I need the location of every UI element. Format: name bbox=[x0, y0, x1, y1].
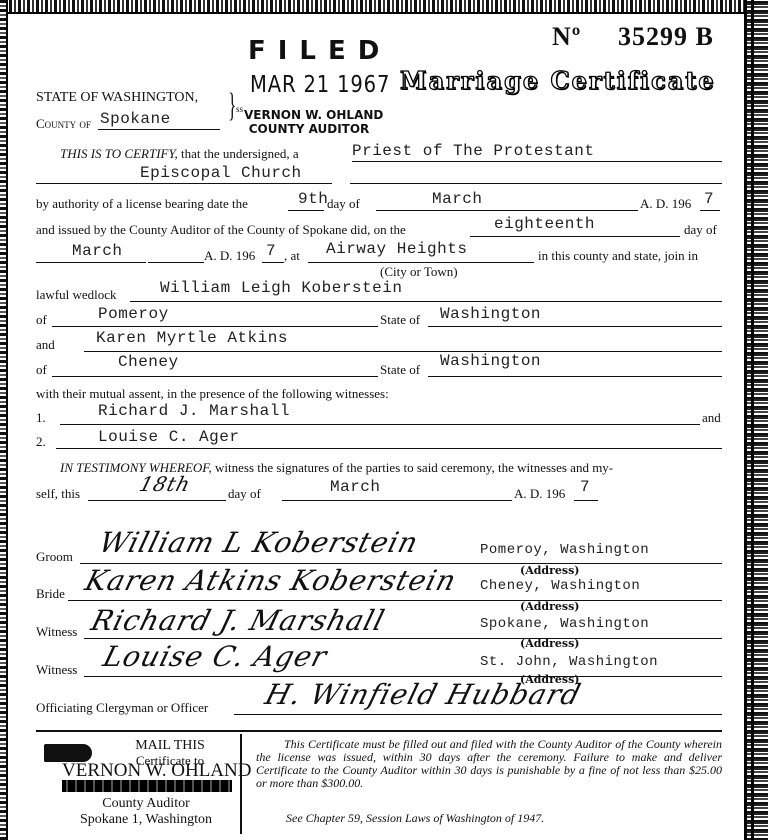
bride-and-label: and bbox=[36, 337, 55, 353]
ceremony-year-digit: 7 bbox=[266, 242, 276, 260]
witness1-number: 1. bbox=[36, 410, 46, 426]
ceremony-place: Airway Heights bbox=[326, 240, 467, 258]
license-day-underline bbox=[288, 210, 324, 211]
decorative-border-left bbox=[0, 0, 8, 840]
ceremony-ad-label: A. D. 196 bbox=[204, 248, 255, 264]
notice-text: This Certificate must be filled out and … bbox=[256, 738, 722, 790]
groom-state-of-label: State of bbox=[380, 312, 420, 328]
brace: } bbox=[228, 86, 236, 126]
signature-label: Groom bbox=[36, 549, 73, 565]
officiant-underline bbox=[234, 714, 722, 715]
officiant-line1-underline bbox=[352, 161, 722, 162]
bride-city-underline bbox=[52, 376, 378, 377]
issued-day-of: day of bbox=[684, 222, 717, 238]
ceremony-month-underline bbox=[36, 262, 146, 263]
state-label: STATE OF WASHINGTON, bbox=[36, 90, 198, 106]
county-label: County of bbox=[36, 116, 91, 132]
groom-state-underline bbox=[428, 326, 722, 327]
ceremony-place-underline bbox=[308, 262, 534, 263]
witness1-name: Richard J. Marshall bbox=[98, 402, 290, 420]
bride-state: Washington bbox=[440, 352, 541, 370]
groom-signature: William L Koberstein bbox=[96, 526, 423, 559]
license-day: 9th bbox=[298, 190, 328, 208]
ceremony-day-underline bbox=[470, 236, 680, 237]
ceremony-month-underline-2 bbox=[148, 262, 204, 263]
testimony-day-underline bbox=[88, 500, 226, 501]
officiant-line2-underline-left bbox=[36, 183, 332, 184]
decorative-border-top bbox=[0, 0, 768, 14]
bride-signature: Karen Atkins Koberstein bbox=[82, 564, 461, 597]
license-year-digit: 7 bbox=[704, 190, 714, 208]
witness2-signature: Louise C. Ager bbox=[100, 640, 331, 673]
county-state-label: in this county and state, join in bbox=[538, 248, 698, 264]
mail-line1: MAIL THIS bbox=[110, 738, 230, 754]
issued-label: and issued by the County Auditor of the … bbox=[36, 222, 406, 238]
address-caption: (Address) bbox=[520, 637, 580, 650]
testimony-month-underline bbox=[282, 500, 512, 501]
witness2-number: 2. bbox=[36, 434, 46, 450]
filed-stamp-label: FILED bbox=[248, 36, 391, 66]
certificate-number: 35299 B bbox=[618, 22, 714, 52]
decorative-border-right bbox=[744, 0, 768, 840]
bride-state-of-label: State of bbox=[380, 362, 420, 378]
bottom-vertical-divider bbox=[240, 734, 242, 834]
ss-mark: ss bbox=[236, 104, 243, 114]
county-underline bbox=[98, 129, 220, 130]
testimony-year-digit: 7 bbox=[580, 478, 590, 496]
testimony-text: witness the signatures of the parties to… bbox=[215, 460, 613, 475]
certificate-number-label: Nº bbox=[552, 22, 581, 52]
groom-city-underline bbox=[52, 326, 378, 327]
groom-state: Washington bbox=[440, 305, 541, 323]
bride-of-label: of bbox=[36, 362, 47, 378]
bride-name: Karen Myrtle Atkins bbox=[96, 329, 288, 347]
certify-intro: THIS IS TO CERTIFY, bbox=[60, 146, 178, 161]
bride-address: Cheney, Washington bbox=[480, 578, 640, 594]
signature-label: Bride bbox=[36, 586, 65, 602]
signature-label: Witness bbox=[36, 662, 77, 678]
notice-reference: See Chapter 59, Session Laws of Washingt… bbox=[286, 812, 544, 825]
stamp-auditor-title: COUNTY AUDITOR bbox=[244, 122, 374, 136]
address-caption: (Address) bbox=[520, 600, 580, 613]
stamp-auditor-name: VERNON W. OHLAND bbox=[244, 108, 374, 122]
officiant-line1: Priest of The Protestant bbox=[352, 142, 594, 160]
witness2-address: St. John, Washington bbox=[480, 654, 658, 670]
groom-city: Pomeroy bbox=[98, 305, 169, 323]
witness2-underline bbox=[56, 448, 722, 449]
redaction-bar bbox=[62, 780, 232, 792]
groom-of-label: of bbox=[36, 312, 47, 328]
testimony-year-underline bbox=[574, 500, 598, 501]
testimony-day: 18th bbox=[137, 472, 194, 496]
signature-underline bbox=[68, 600, 722, 601]
bride-city: Cheney bbox=[118, 353, 179, 371]
license-ad-label: A. D. 196 bbox=[640, 196, 691, 212]
mail-title: County Auditor bbox=[56, 796, 236, 812]
certificate-title-text: Marriage Certificate bbox=[400, 66, 716, 95]
license-year-underline bbox=[700, 210, 720, 211]
witness1-and: and bbox=[702, 410, 721, 426]
bottom-divider bbox=[36, 730, 722, 732]
ceremony-month: March bbox=[72, 242, 123, 260]
groom-address: Pomeroy, Washington bbox=[480, 542, 649, 558]
groom-name: William Leigh Koberstein bbox=[160, 279, 402, 297]
signature-label: Witness bbox=[36, 624, 77, 640]
ceremony-day: eighteenth bbox=[494, 215, 595, 233]
mail-address: Spokane 1, Washington bbox=[56, 812, 236, 828]
testimony-month: March bbox=[330, 478, 381, 496]
county-value: Spokane bbox=[100, 110, 171, 128]
place-caption: (City or Town) bbox=[380, 264, 458, 280]
witness1-address: Spokane, Washington bbox=[480, 616, 649, 632]
address-caption: (Address) bbox=[520, 564, 580, 577]
signature-underline bbox=[84, 676, 722, 677]
witness2-name: Louise C. Ager bbox=[98, 428, 239, 446]
stamp-auditor: VERNON W. OHLAND COUNTY AUDITOR bbox=[244, 108, 374, 136]
witness1-underline bbox=[60, 424, 700, 425]
license-month-underline bbox=[376, 210, 638, 211]
bride-name-underline bbox=[84, 351, 722, 352]
license-day-of: day of bbox=[327, 196, 360, 212]
testimony-ad-label: A. D. 196 bbox=[514, 486, 565, 502]
ceremony-at-label: , at bbox=[284, 248, 300, 264]
officiant-line2-underline-right bbox=[350, 183, 722, 184]
groom-name-underline bbox=[130, 301, 722, 302]
wedlock-label: lawful wedlock bbox=[36, 287, 117, 303]
ceremony-year-underline bbox=[262, 262, 284, 263]
testimony-day-of: day of bbox=[228, 486, 261, 502]
witness1-signature: Richard J. Marshall bbox=[88, 604, 389, 637]
license-month: March bbox=[432, 190, 483, 208]
officiant-label: Officiating Clergyman or Officer bbox=[36, 700, 208, 716]
testimony-self-label: self, this bbox=[36, 486, 80, 502]
bride-state-underline bbox=[428, 376, 722, 377]
license-label: by authority of a license bearing date t… bbox=[36, 196, 248, 212]
witness-intro: with their mutual assent, in the presenc… bbox=[36, 386, 389, 402]
filed-stamp-date: MAR 21 1967 bbox=[250, 72, 390, 98]
officiant-signature: H. Winfield Hubbard bbox=[262, 678, 585, 711]
officiant-line2: Episcopal Church bbox=[140, 164, 302, 182]
certificate-title: Marriage Certificate bbox=[400, 66, 716, 95]
certify-intro-rest: that the undersigned, a bbox=[181, 146, 299, 161]
mail-name: VERNON W. OHLAND bbox=[62, 760, 251, 782]
signature-underline bbox=[84, 638, 722, 639]
certify-intro-line: THIS IS TO CERTIFY, that the undersigned… bbox=[60, 146, 299, 162]
